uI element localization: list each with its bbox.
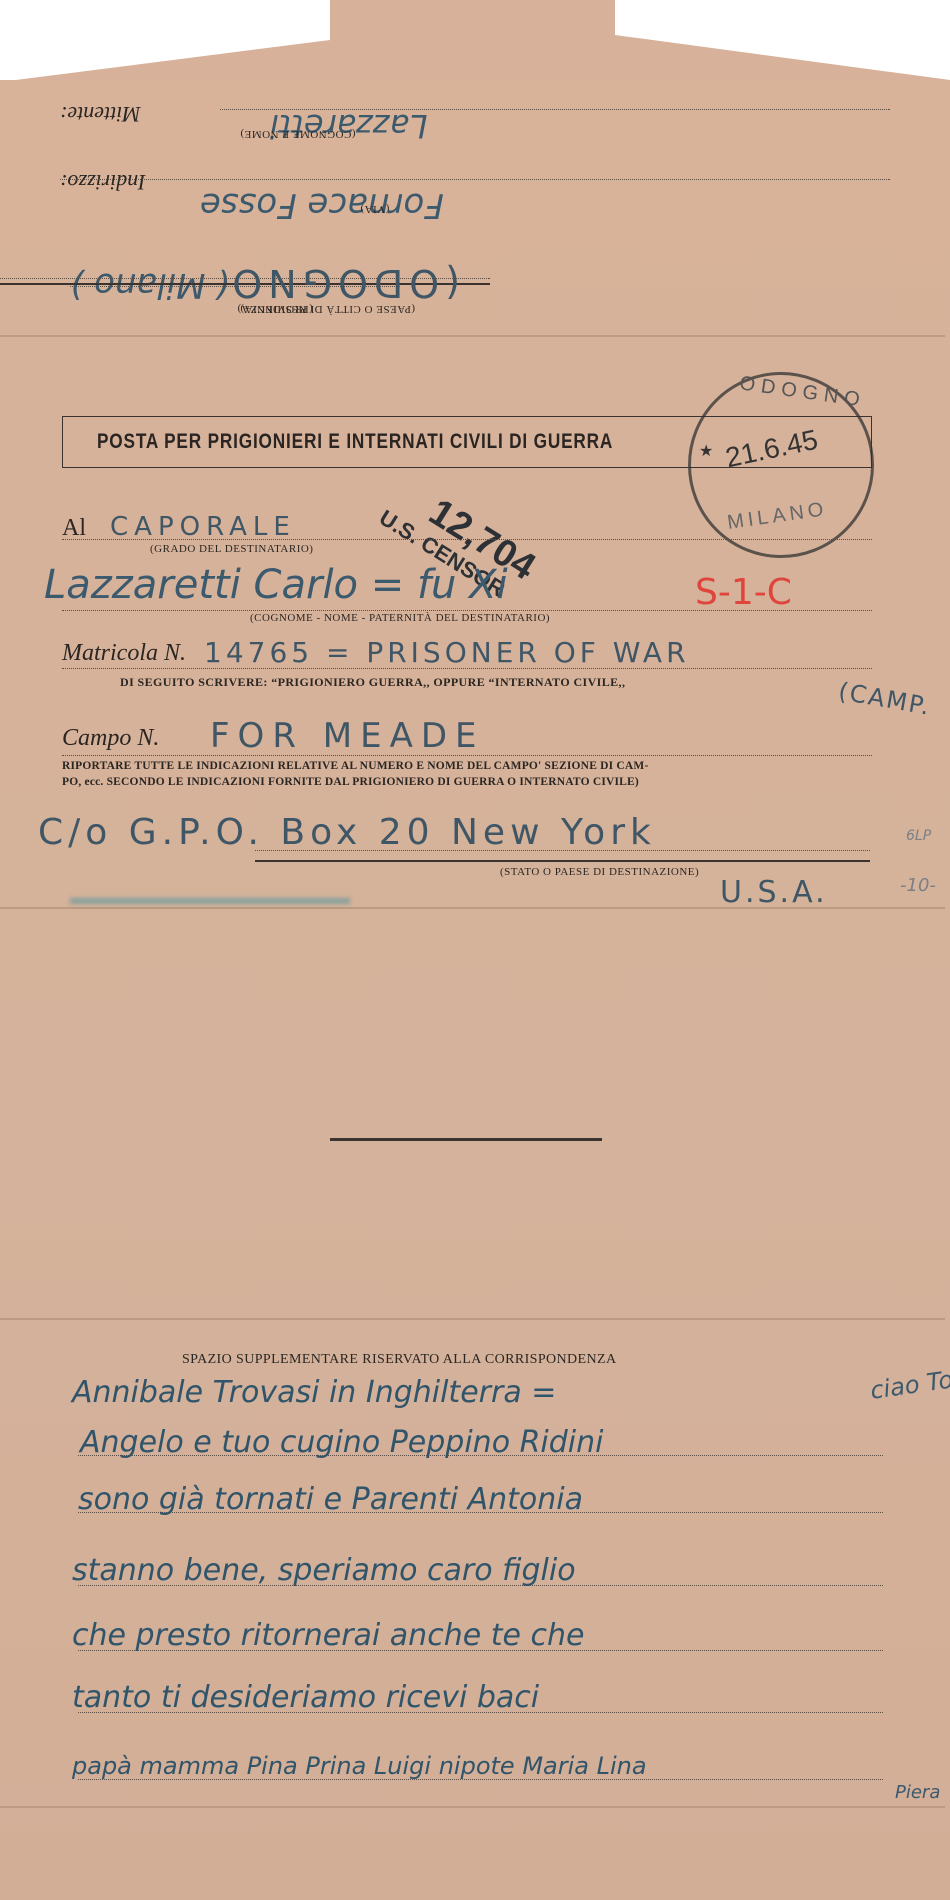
- sender-paese: (ODOGNO: [226, 261, 460, 305]
- letter-line: Angelo e tuo cugino Peppino Ridini: [80, 1425, 604, 1460]
- document-title: POSTA PER PRIGIONIERI E INTERNATI CIVILI…: [97, 430, 613, 454]
- red-mark: S-1-C: [695, 572, 792, 613]
- grado-caption: (GRADO DEL DESTINATARIO): [150, 543, 313, 555]
- fold-line: [0, 1318, 945, 1320]
- sender-section: Mittente: Lazzaretti (COGNOME E NOME) In…: [60, 95, 890, 345]
- matricola-label: Matricola N.: [62, 640, 186, 667]
- campo-caption-1: RIPORTARE TUTTE LE INDICAZIONI RELATIVE …: [62, 760, 648, 772]
- dotted-line: [60, 179, 890, 180]
- signature-extra: Piera: [895, 1782, 940, 1803]
- via-caption: (VIA): [360, 203, 389, 215]
- matricola-value: 14765 = PRISONER OF WAR: [204, 636, 690, 669]
- campo-caption-2: PO, ecc. SECONDO LE INDICAZIONI FORNITE …: [62, 776, 639, 788]
- fold-line: [0, 1806, 945, 1808]
- campo-value: FOR MEADE: [210, 716, 485, 756]
- ink-smudge: [70, 898, 350, 904]
- pencil-note-2: -10-: [900, 875, 936, 896]
- dotted-line: [62, 755, 872, 756]
- postmark-star-icon: ★: [699, 441, 713, 461]
- letter-sheet: Mittente: Lazzaretti (COGNOME E NOME) In…: [0, 0, 950, 1900]
- matricola-caption: DI SEGUITO SCRIVERE: “PRIGIONIERO GUERRA…: [120, 675, 625, 690]
- destination-country: U.S.A.: [720, 875, 828, 910]
- sender-provincia: ( Milano ): [70, 265, 230, 305]
- postmark-stamp: ODOGNO ★ 21.6.45 MILANO: [688, 372, 874, 558]
- correspondence-heading: SPAZIO SUPPLEMENTARE RISERVATO ALLA CORR…: [182, 1352, 616, 1368]
- letter-line: sono già tornati e Parenti Antonia: [78, 1482, 583, 1517]
- destination-caption: (STATO O PAESE DI DESTINAZIONE): [500, 866, 699, 878]
- postmark-date: 21.6.45: [723, 424, 821, 475]
- letter-line: tanto ti desideriamo ricevi baci: [72, 1680, 539, 1715]
- top-flap-tab: [330, 0, 615, 90]
- destination-address: C/o G.P.O. Box 20 New York: [38, 812, 656, 853]
- dotted-line: [255, 850, 870, 851]
- campo-label: Campo N.: [62, 725, 159, 752]
- dotted-line: [62, 539, 872, 540]
- paese-caption: (PAESE O CITTÀ DI RESIDENZA): [237, 303, 415, 315]
- mittente-label: Mittente:: [60, 101, 141, 127]
- flap-shoulder-left: [0, 40, 330, 82]
- letter-line: papà mamma Pina Prina Luigi nipote Maria…: [72, 1752, 647, 1780]
- destination-line: [255, 860, 870, 862]
- flap-shoulder-right: [615, 35, 950, 80]
- al-label: Al: [62, 515, 86, 542]
- letter-line: Annibale Trovasi in Inghilterra =: [72, 1375, 556, 1410]
- letter-line: stanno bene, speriamo caro figlio: [72, 1553, 576, 1588]
- recipient-grado: CAPORALE: [110, 512, 296, 542]
- sender-name-caption: (COGNOME E NOME): [240, 128, 356, 140]
- letter-line: che presto ritornerai anche te che: [72, 1618, 584, 1653]
- postmark-bottom-text: MILANO: [726, 498, 829, 535]
- indirizzo-label: Indirizzo:: [60, 169, 146, 195]
- recipient-name: Lazzaretti Carlo = fu Xi: [44, 562, 508, 608]
- address-rule: [330, 1138, 602, 1141]
- dotted-line: [62, 668, 872, 669]
- name-caption: (COGNOME - NOME - PATERNITÀ DEL DESTINAT…: [250, 612, 550, 624]
- pencil-note-1: 6LP: [906, 828, 931, 844]
- sender-address: Fornace Fosse: [200, 185, 444, 225]
